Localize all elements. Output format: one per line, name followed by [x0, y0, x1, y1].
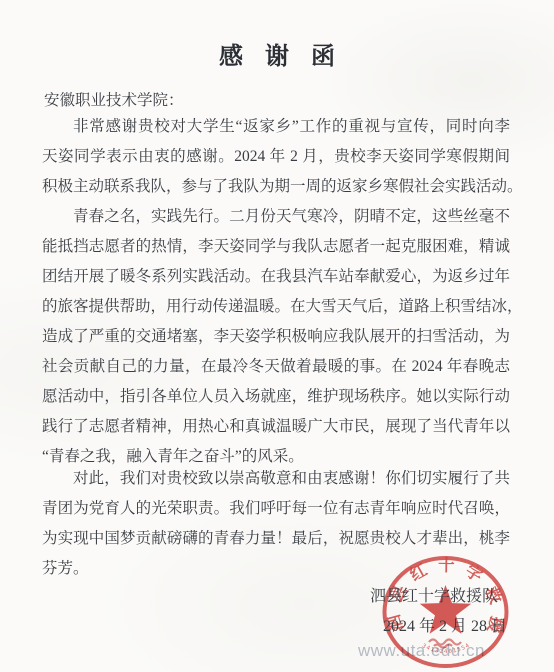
paragraph-2: 青春之名，实践先行。二月份天气寒冷，阴晴不定，这些丝毫不能抵挡志愿者的热情，李天…	[42, 202, 510, 472]
letter-title: 感 谢 函	[0, 36, 554, 68]
signature-organization: 泗县红十字救援队	[370, 582, 507, 612]
text-line: 非常感谢贵校对大学生“返家乡”工作的重视与宣传，同时向李	[42, 112, 510, 142]
paragraph-1: 非常感谢贵校对大学生“返家乡”工作的重视与宣传，同时向李天姿同学表示由衷的感谢。…	[42, 112, 510, 202]
text-line: 社会贡献自己的力量，在最冷冬天做着最暖的事。在 2024 年春晚志	[42, 352, 510, 382]
signature-date: 2024 年 2 月 28 日	[370, 612, 507, 642]
text-line: 团结开展了暖冬系列实践活动。在我县汽车站奉献爱心，为返乡过年	[42, 262, 510, 292]
text-line: 青团为党育人的光荣职责。我们呼吁每一位有志青年响应时代召唤，	[42, 494, 510, 524]
text-line: 践行了志愿者精神，用热心和真诚温暖广大市民，展现了当代青年以	[42, 412, 510, 442]
text-line: 能抵挡志愿者的热情，李天姿同学与我队志愿者一起克服困难，精诚	[42, 232, 510, 262]
text-line: 为实现中国梦贡献磅礴的青春力量！最后，祝愿贵校人才辈出，桃李	[42, 524, 510, 554]
text-line: 愿活动中，指引各单位人员入场就座，维护现场秩序。她以实际行动	[42, 382, 510, 412]
scanned-letter-page: 感 谢 函 安徽职业技术学院： 非常感谢贵校对大学生“返家乡”工作的重视与宣传，…	[0, 0, 554, 672]
signature-block: 泗县红十字救援队 2024 年 2 月 28 日	[370, 582, 507, 642]
text-line: 的旅客提供帮助，用行动传递温暖。在大雪天气后，道路上积雪结冰，	[42, 292, 510, 322]
text-line: 青春之名，实践先行。二月份天气寒冷，阴晴不定，这些丝毫不	[42, 202, 510, 232]
text-line: 造成了严重的交通堵塞，李天姿学积极响应我队展开的扫雪活动，为	[42, 322, 510, 352]
text-line: 积极主动联系我队，参与了我队为期一周的返家乡寒假社会实践活动。	[42, 172, 510, 202]
text-line: 天姿同学表示由衷的感谢。2024 年 2 月，贵校李天姿同学寒假期间	[42, 142, 510, 172]
text-line: 对此，我们对贵校致以崇高敬意和由衷感谢！你们切实履行了共	[42, 464, 510, 494]
